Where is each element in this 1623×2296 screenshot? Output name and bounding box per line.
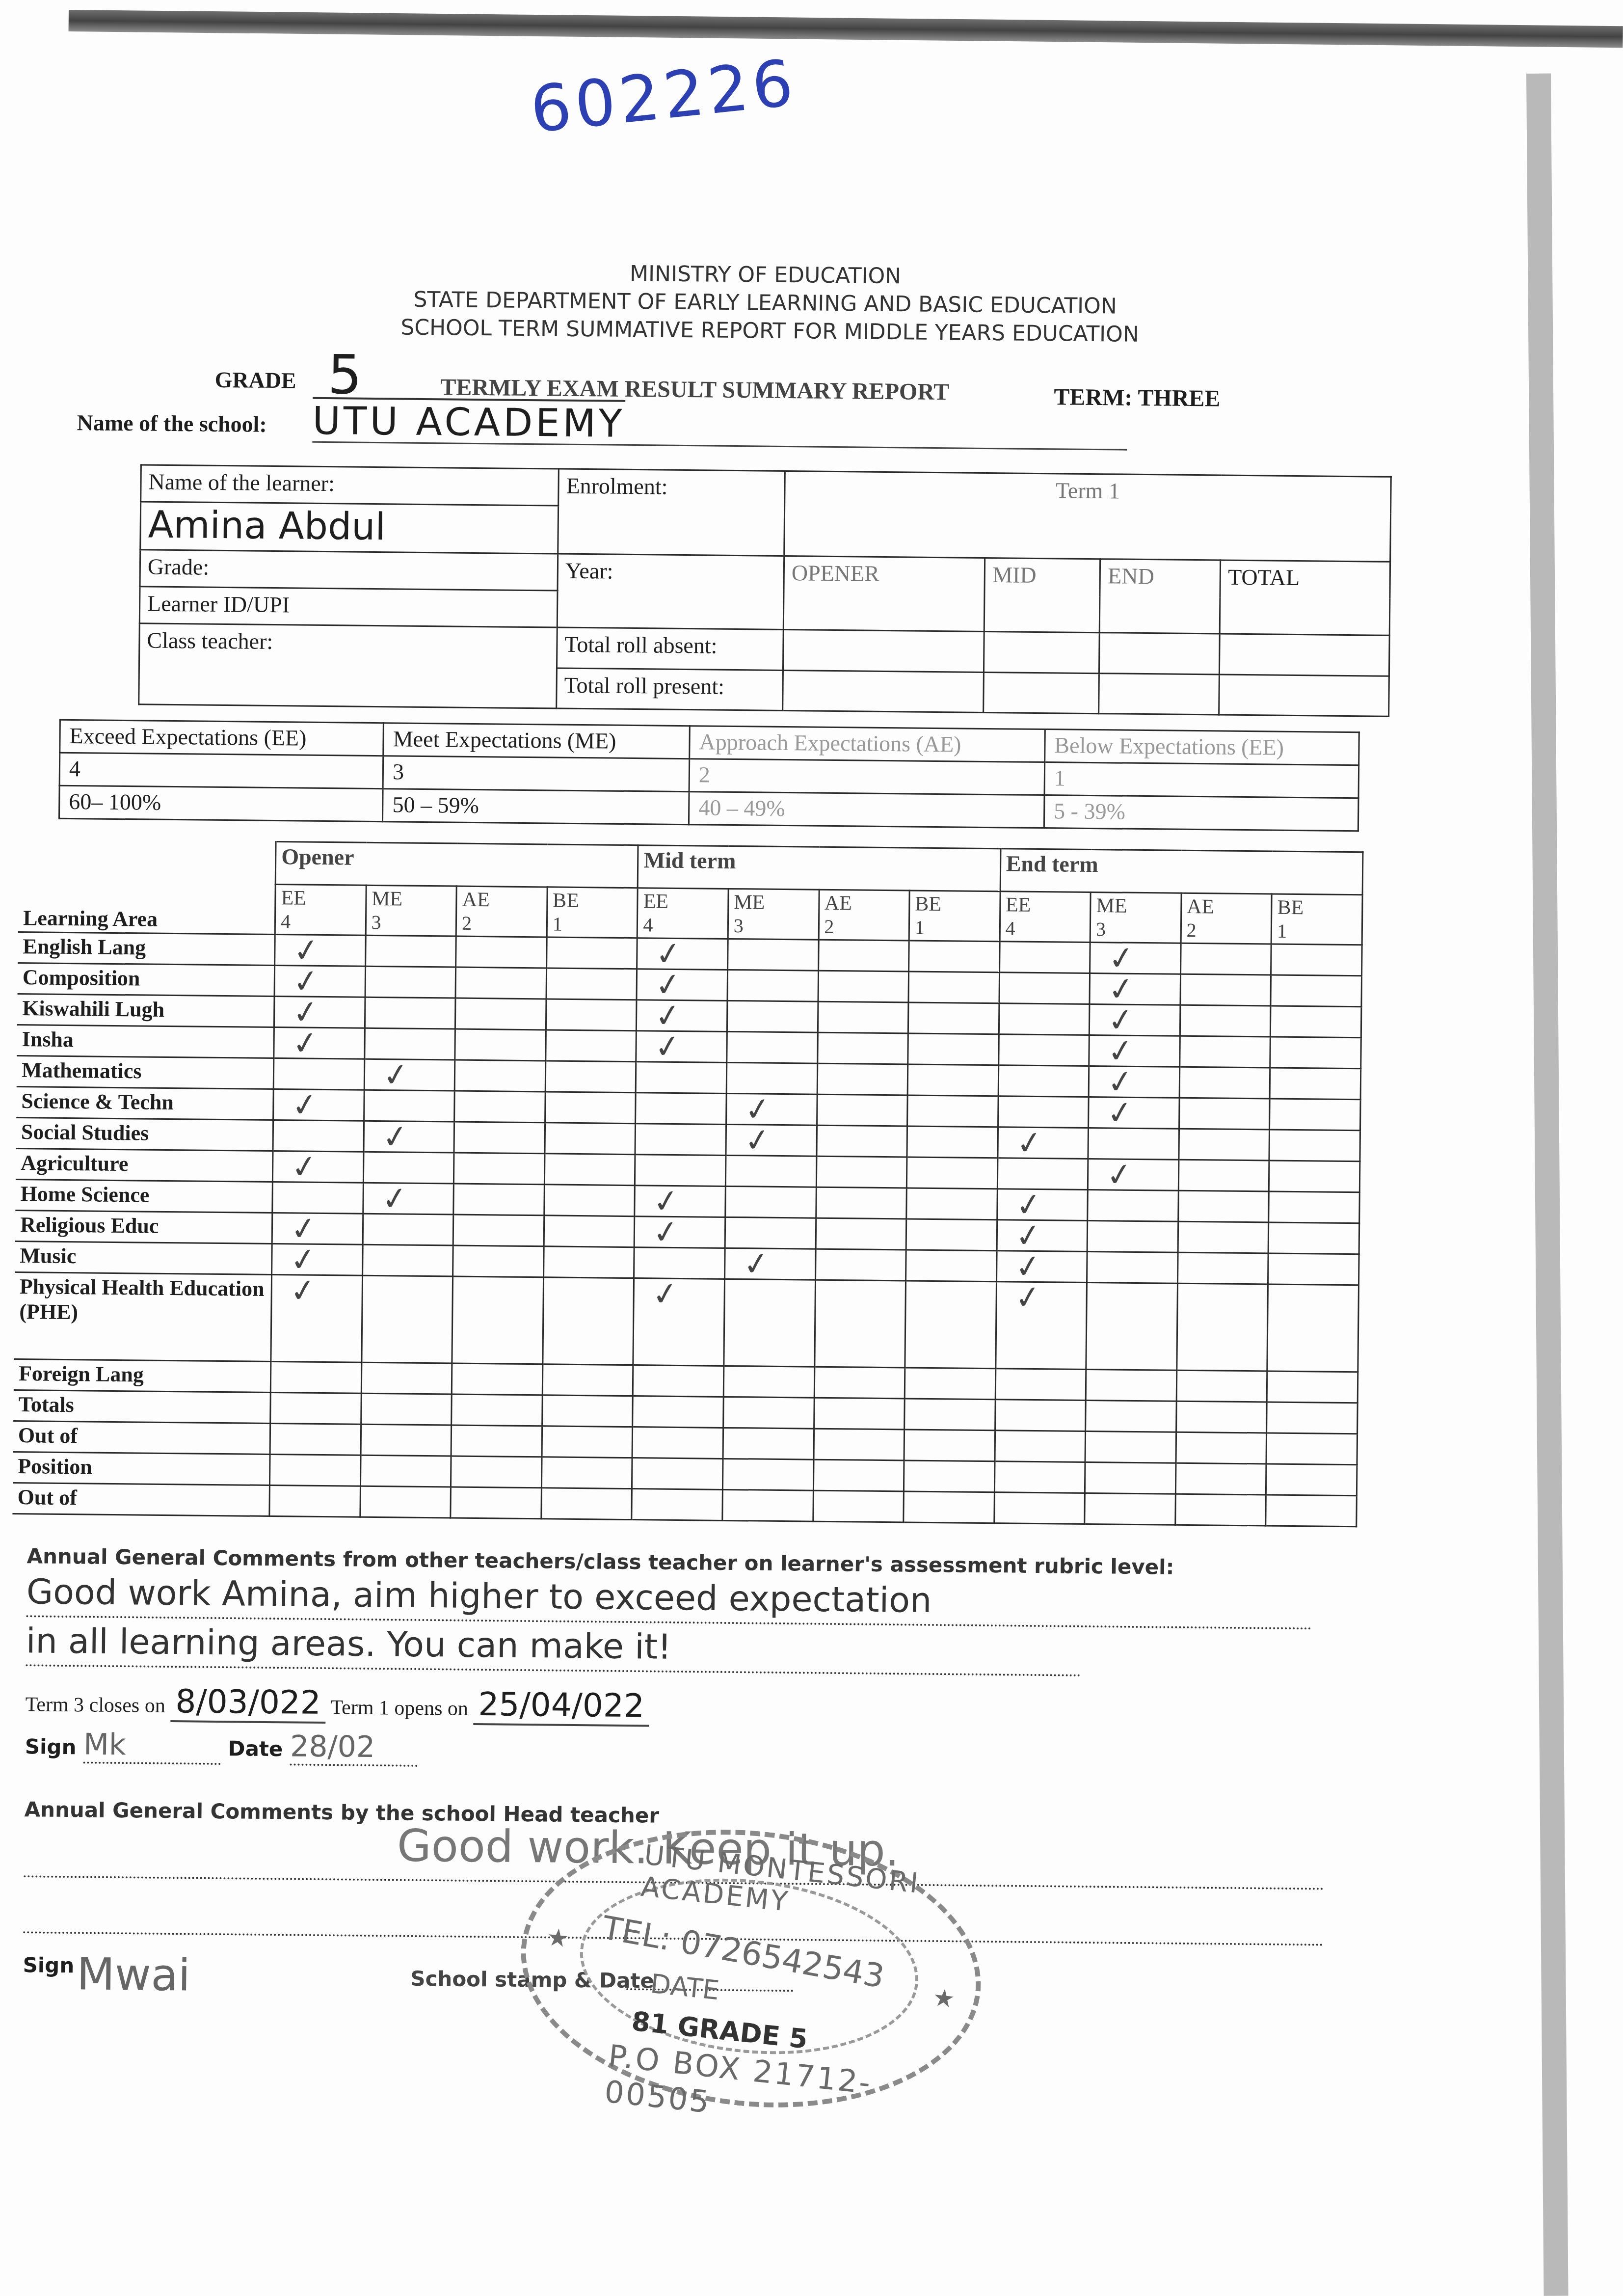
check-mark-icon: ✓	[290, 1085, 320, 1125]
grade-cell-opener-ee[interactable]	[273, 1120, 364, 1152]
term3-closes-label: Term 3 closes on	[25, 1693, 165, 1717]
teacher-date-value[interactable]: 28/02	[290, 1729, 375, 1764]
grade-cell-mid-be[interactable]	[904, 1460, 994, 1492]
grade-cell-opener-ee[interactable]: ✓	[274, 1027, 365, 1059]
grade-cell-mid-me[interactable]	[727, 1000, 818, 1032]
grade-cell-opener-be[interactable]	[546, 968, 637, 1000]
check-mark-icon: ✓	[1014, 1124, 1045, 1163]
grade-cell-end-ee[interactable]: ✓	[995, 1282, 1087, 1370]
grade-cell-opener-be[interactable]	[546, 999, 637, 1031]
grade-cell-opener-ee[interactable]	[270, 1455, 361, 1486]
check-mark-icon: ✓	[289, 1147, 320, 1187]
grade-cell-mid-me[interactable]	[725, 1155, 816, 1187]
grade-cell-opener-be[interactable]	[543, 1246, 634, 1278]
grade-cell-end-be[interactable]	[1267, 1284, 1358, 1372]
grade-cell-mid-ae[interactable]	[818, 940, 909, 972]
grade-cell-mid-me[interactable]: ✓	[726, 1093, 817, 1125]
grade-cell-opener-me[interactable]: ✓	[363, 1183, 453, 1215]
grade-cell-end-me[interactable]	[1085, 1462, 1176, 1494]
rubric-range: 40 – 49%	[689, 792, 1044, 828]
learning-area-name: Out of	[12, 1483, 269, 1516]
grade-cell-mid-ee[interactable]	[636, 1093, 726, 1125]
learning-area-header: Learning Area	[18, 839, 276, 935]
grade-cell-end-ae[interactable]	[1177, 1283, 1268, 1371]
grade-cell-end-be[interactable]	[1270, 1099, 1360, 1131]
grade-cell-mid-ae[interactable]	[816, 1125, 907, 1157]
grade-cell-end-ae[interactable]	[1176, 1432, 1267, 1464]
grade-cell-mid-ee[interactable]	[635, 1155, 726, 1187]
grade-cell-end-ee[interactable]	[994, 1461, 1085, 1493]
grade-cell-end-ee[interactable]	[995, 1431, 1086, 1462]
grade-cell-mid-be[interactable]	[905, 1368, 995, 1400]
grade-cell-mid-me[interactable]	[724, 1279, 815, 1367]
rubric-range: 50 – 59%	[383, 789, 689, 825]
rubric-title: Approach Expectations (AE)	[690, 726, 1045, 762]
term-dates: Term 3 closes on 8/03/022 Term 1 opens o…	[25, 1681, 1380, 1731]
grade-cell-opener-ae[interactable]	[451, 1487, 541, 1519]
grade-cell-end-ee[interactable]	[997, 1158, 1088, 1190]
learning-area-name: Out of	[13, 1421, 270, 1454]
grade-cell-end-ae[interactable]	[1175, 1463, 1266, 1495]
grade-cell-end-ae[interactable]	[1176, 1370, 1267, 1402]
check-mark-icon: ✓	[290, 1024, 321, 1063]
grade-cell-end-ee[interactable]: ✓	[997, 1189, 1088, 1221]
grade-cell-end-me[interactable]	[1085, 1431, 1176, 1463]
year-label: Year:	[557, 554, 784, 629]
grade-cell-end-ae[interactable]	[1180, 943, 1271, 975]
grade-cell-mid-ae[interactable]	[817, 1094, 907, 1126]
grade-cell-opener-ee[interactable]: ✓	[275, 935, 366, 967]
check-mark-icon: ✓	[380, 1055, 411, 1095]
grade-cell-mid-ae[interactable]	[818, 1001, 908, 1033]
grade-cell-mid-ae[interactable]	[813, 1490, 904, 1522]
grade-cell-end-be[interactable]	[1267, 1371, 1358, 1403]
present-opener[interactable]	[783, 670, 984, 712]
grade-cell-opener-ae[interactable]	[455, 1029, 546, 1061]
enrolment-label: Enrolment:	[558, 469, 785, 556]
grade-cell-mid-ee[interactable]	[632, 1458, 723, 1490]
grade-cell-end-ae[interactable]	[1175, 1494, 1266, 1526]
grade-cell-end-me[interactable]	[1088, 1128, 1179, 1160]
grade-cell-mid-ae[interactable]	[816, 1156, 907, 1188]
grade-cell-mid-ee[interactable]	[632, 1427, 723, 1459]
grade-cell-opener-ae[interactable]	[455, 998, 546, 1030]
grade-cell-end-be[interactable]	[1269, 1130, 1360, 1162]
grade-cell-opener-me[interactable]	[364, 1090, 454, 1122]
grade-cell-mid-ee[interactable]	[636, 1062, 727, 1094]
grade-cell-end-ee[interactable]	[999, 972, 1090, 1004]
grade-cell-mid-be[interactable]	[905, 1399, 995, 1431]
grade-cell-opener-ae[interactable]	[454, 1091, 545, 1123]
grade-cell-end-me[interactable]: ✓	[1088, 1159, 1179, 1190]
teacher-sign-line: Sign Mk Date 28/02	[25, 1727, 1380, 1776]
grade-cell-end-me[interactable]: ✓	[1089, 1097, 1179, 1129]
grade-cell-mid-be[interactable]	[909, 941, 1000, 972]
grade-cell-opener-me[interactable]: ✓	[364, 1121, 454, 1153]
grade-cell-opener-be[interactable]	[542, 1364, 633, 1396]
level-header-opener-me: ME3	[366, 885, 457, 936]
grade-cell-end-ee[interactable]	[999, 1003, 1090, 1035]
level-header-opener-ae: AE2	[456, 886, 547, 937]
col-end: END	[1100, 559, 1221, 634]
grade-cell-mid-be[interactable]	[906, 1250, 997, 1282]
teacher-signature[interactable]: Mk	[83, 1727, 126, 1762]
grade-cell-opener-ee[interactable]: ✓	[272, 1213, 363, 1245]
rubric-range: 60– 100%	[59, 785, 383, 821]
grade-cell-mid-be[interactable]	[905, 1281, 996, 1369]
check-mark-icon: ✓	[288, 1271, 319, 1310]
table-row: Physical Health Education (PHE)✓✓✓	[14, 1272, 1358, 1372]
grade-cell-end-be[interactable]	[1269, 1191, 1359, 1223]
check-mark-icon: ✓	[652, 1027, 683, 1067]
grade-cell-end-be[interactable]	[1266, 1495, 1357, 1527]
school-label: Name of the school:	[77, 409, 267, 437]
grade-cell-mid-ee[interactable]: ✓	[637, 969, 727, 1001]
grade-cell-mid-me[interactable]	[722, 1459, 813, 1490]
grade-cell-opener-me[interactable]	[361, 1393, 452, 1425]
grade-cell-mid-me[interactable]	[723, 1397, 814, 1429]
term-mid-header: Mid term	[638, 845, 1001, 891]
grade-cell-mid-me[interactable]: ✓	[726, 1124, 817, 1156]
grade-cell-opener-be[interactable]	[546, 1030, 637, 1062]
grade-cell-end-be[interactable]	[1268, 1222, 1359, 1254]
learner-name-label: Name of the learner:	[141, 465, 559, 506]
level-header-end-be: BE1	[1271, 894, 1362, 945]
grade-cell-end-ae[interactable]	[1177, 1252, 1268, 1284]
learning-area-name: Insha	[17, 1025, 274, 1058]
grade-cell-opener-ee[interactable]	[270, 1393, 361, 1425]
grade-cell-mid-me[interactable]	[727, 1031, 818, 1063]
school-underline	[312, 441, 1127, 451]
absent-end[interactable]	[1099, 633, 1220, 675]
grade-cell-opener-ee[interactable]: ✓	[274, 997, 365, 1028]
grade-cell-mid-ae[interactable]	[813, 1459, 904, 1491]
grade-cell-end-be[interactable]	[1266, 1464, 1357, 1496]
grade-cell-mid-be[interactable]	[908, 1002, 999, 1034]
grade-cell-end-ee[interactable]: ✓	[996, 1251, 1087, 1283]
grade-cell-opener-me[interactable]	[362, 1275, 453, 1363]
grade-cell-opener-ae[interactable]	[453, 1245, 544, 1277]
grade-cell-mid-ee[interactable]	[632, 1489, 722, 1521]
learning-area-name: Science & Techn	[16, 1087, 273, 1120]
grade-cell-mid-me[interactable]	[723, 1428, 814, 1459]
grade-cell-opener-ee[interactable]: ✓	[273, 1089, 364, 1121]
grade-cell-opener-ae[interactable]	[452, 1276, 543, 1364]
grade-cell-opener-ae[interactable]	[451, 1425, 542, 1457]
grade-cell-end-be[interactable]	[1270, 1068, 1360, 1100]
learning-area-name: Foreign Lang	[14, 1359, 271, 1392]
teacher-sign-label: Sign	[25, 1734, 77, 1759]
grade-cell-end-ae[interactable]	[1179, 1067, 1270, 1099]
document-header: MINISTRY OF EDUCATION STATE DEPARTMENT O…	[19, 255, 1393, 350]
col-total: TOTAL	[1220, 560, 1390, 635]
grade-cell-opener-me[interactable]	[360, 1455, 451, 1487]
grade-cell-opener-be[interactable]	[545, 1061, 636, 1093]
term-end-header: End term	[1000, 849, 1363, 895]
teacher-comment-line-2[interactable]: in all learning areas. You can make it!	[26, 1617, 1081, 1676]
term1-opens-label: Term 1 opens on	[330, 1696, 468, 1720]
learning-area-name: Totals	[13, 1390, 270, 1423]
grade-cell-mid-be[interactable]	[908, 972, 999, 1003]
grade-cell-end-be[interactable]	[1271, 1006, 1361, 1038]
learning-area-name: English Lang	[18, 932, 275, 966]
grade-cell-mid-be[interactable]	[904, 1430, 995, 1461]
grade-cell-mid-be[interactable]	[907, 1064, 998, 1096]
grade-cell-opener-me[interactable]	[365, 935, 456, 967]
grade-cell-mid-ae[interactable]	[818, 971, 908, 1002]
grade-cell-end-be[interactable]	[1270, 1037, 1361, 1069]
grade-cell-end-ae[interactable]	[1178, 1221, 1269, 1253]
grade-cell-mid-me[interactable]	[725, 1217, 816, 1249]
grade-cell-end-ee[interactable]: ✓	[998, 1127, 1089, 1159]
grade-cell-end-be[interactable]	[1271, 975, 1361, 1007]
grade-cell-opener-me[interactable]	[363, 1152, 454, 1184]
grade-cell-end-ae[interactable]	[1178, 1190, 1269, 1222]
grade-cell-end-me[interactable]: ✓	[1090, 943, 1181, 974]
grade-cell-mid-ee[interactable]: ✓	[635, 1186, 725, 1217]
grade-cell-end-ee[interactable]: ✓	[997, 1220, 1088, 1252]
col-mid: MID	[984, 558, 1100, 632]
grade-cell-opener-be[interactable]	[543, 1277, 634, 1365]
star-icon: ★	[931, 1983, 957, 2013]
grade-cell-mid-ae[interactable]	[814, 1429, 905, 1460]
grade-cell-end-me[interactable]	[1086, 1369, 1176, 1401]
grade-cell-opener-ae[interactable]	[454, 1060, 545, 1092]
grade-cell-end-ee[interactable]	[998, 1096, 1089, 1128]
learning-area-name: Home Science	[15, 1180, 272, 1213]
grade-cell-end-me[interactable]	[1087, 1251, 1178, 1283]
grade-cell-mid-ee[interactable]: ✓	[636, 1031, 727, 1063]
grade-cell-mid-be[interactable]	[906, 1219, 997, 1251]
grade-cell-end-ae[interactable]	[1178, 1160, 1269, 1191]
learning-area-name: Music	[15, 1242, 272, 1275]
grade-cell-end-me[interactable]	[1085, 1493, 1175, 1525]
grade-cell-end-ee[interactable]	[998, 1034, 1089, 1066]
grade-cell-opener-ee[interactable]: ✓	[271, 1275, 362, 1363]
level-header-end-ae: AE2	[1181, 893, 1272, 944]
rubric-range: 5 - 39%	[1044, 795, 1358, 831]
grade-cell-mid-me[interactable]	[722, 1489, 813, 1521]
grade-cell-mid-me[interactable]	[728, 939, 819, 971]
grade-cell-opener-be[interactable]	[541, 1488, 632, 1520]
grade-cell-mid-ee[interactable]	[633, 1396, 723, 1428]
check-mark-icon: ✓	[1012, 1278, 1043, 1318]
learning-area-name: Position	[13, 1452, 270, 1485]
absent-total[interactable]	[1220, 634, 1389, 676]
learner-info-table: Name of the learner: Enrolment: Term 1 A…	[138, 464, 1392, 717]
term3-closes-value[interactable]: 8/03/022	[170, 1682, 326, 1724]
grade-cell-opener-ee[interactable]	[269, 1486, 360, 1517]
grade-cell-mid-ee[interactable]: ✓	[637, 1000, 727, 1032]
check-mark-icon: ✓	[742, 1121, 773, 1160]
grade-cell-opener-me[interactable]	[363, 1214, 453, 1245]
check-mark-icon: ✓	[379, 1179, 410, 1218]
scan-shadow-right	[1526, 74, 1569, 2296]
grade-cell-opener-ae[interactable]	[456, 936, 547, 968]
present-total[interactable]	[1219, 675, 1389, 717]
term1-opens-value[interactable]: 25/04/022	[473, 1685, 649, 1727]
learner-name-value: Amina Abdul	[140, 502, 559, 554]
grade-cell-end-ee[interactable]	[995, 1369, 1086, 1401]
grade-cell-mid-ee[interactable]: ✓	[635, 1216, 725, 1248]
learning-area-name: Composition	[18, 963, 275, 997]
grade-cell-end-ae[interactable]	[1180, 1005, 1271, 1037]
level-header-mid-ae: AE2	[819, 890, 910, 941]
learner-id-label: Learner ID/UPI	[139, 587, 558, 627]
grade-cell-end-me[interactable]: ✓	[1089, 1066, 1179, 1098]
head-sign-label: Sign	[23, 1953, 74, 1977]
grade-cell-opener-ae[interactable]	[453, 1215, 544, 1246]
grade-cell-mid-be[interactable]	[907, 1126, 998, 1158]
grade-cell-opener-ae[interactable]	[452, 1363, 543, 1395]
grade-cell-opener-me[interactable]	[361, 1424, 452, 1456]
grade-cell-opener-me[interactable]	[365, 1028, 455, 1060]
grade-cell-mid-me[interactable]	[723, 1366, 814, 1398]
grade-cell-opener-be[interactable]	[545, 1123, 636, 1155]
teacher-date-label: Date	[228, 1736, 283, 1761]
rubric-score: 4	[59, 753, 383, 788]
grade-cell-end-me[interactable]	[1086, 1400, 1176, 1432]
grade-cell-mid-ae[interactable]	[816, 1218, 906, 1250]
grade-cell-end-ae[interactable]	[1180, 974, 1271, 1006]
grade-cell-mid-ae[interactable]	[814, 1398, 905, 1430]
grade-cell-end-ae[interactable]	[1176, 1401, 1267, 1433]
handwritten-reference-number: 602226	[527, 45, 800, 147]
rubric-title: Below Expectations (EE)	[1045, 729, 1359, 765]
assessment-grid: Learning Area Opener Mid term End term E…	[12, 838, 1363, 1527]
level-header-mid-be: BE1	[909, 891, 1000, 942]
grade-cell-opener-ee[interactable]: ✓	[272, 1244, 363, 1276]
grade-cell-end-me[interactable]	[1086, 1282, 1177, 1370]
grade-cell-mid-ee[interactable]	[633, 1365, 724, 1397]
learning-area-name: Social Studies	[16, 1118, 273, 1151]
grade-cell-mid-ae[interactable]	[814, 1280, 905, 1368]
level-header-mid-me: ME3	[728, 889, 819, 940]
check-mark-icon: ✓	[380, 1117, 411, 1157]
grade-cell-end-ee[interactable]	[995, 1400, 1086, 1432]
grade-cell-opener-be[interactable]	[546, 937, 637, 969]
grade-cell-opener-ee[interactable]	[272, 1182, 363, 1214]
grade-cell-end-me[interactable]: ✓	[1090, 973, 1180, 1005]
level-header-end-ee: EE4	[1000, 891, 1091, 943]
grade-cell-end-me[interactable]	[1088, 1189, 1178, 1221]
absent-label: Total roll absent:	[557, 627, 783, 670]
grade-cell-end-ae[interactable]	[1179, 1036, 1270, 1068]
learning-area-name: Religious Educ	[15, 1211, 272, 1244]
grade-cell-opener-ae[interactable]	[453, 1184, 544, 1216]
grade-cell-opener-ee[interactable]	[273, 1058, 364, 1090]
grade-cell-opener-ae[interactable]	[451, 1456, 542, 1488]
grade-cell-opener-be[interactable]	[542, 1426, 633, 1458]
grade-cell-opener-be[interactable]	[544, 1154, 635, 1186]
grade-cell-opener-ae[interactable]	[454, 1153, 545, 1185]
grade-cell-mid-be[interactable]	[907, 1095, 998, 1127]
grade-cell-end-be[interactable]	[1271, 944, 1362, 976]
grade-cell-opener-me[interactable]	[361, 1362, 452, 1394]
level-header-end-me: ME3	[1090, 892, 1181, 944]
grade-cell-opener-ee[interactable]	[270, 1362, 361, 1394]
absent-mid[interactable]	[984, 631, 1100, 673]
grade-cell-end-ee[interactable]	[994, 1492, 1085, 1524]
term-heading: Term 1	[784, 471, 1391, 562]
grade-cell-end-me[interactable]	[1087, 1220, 1178, 1252]
grade-cell-end-be[interactable]	[1266, 1433, 1357, 1465]
grade-cell-opener-ae[interactable]	[452, 1394, 542, 1426]
check-mark-icon: ✓	[651, 1213, 682, 1252]
absent-opener[interactable]	[783, 629, 984, 672]
grade-cell-opener-be[interactable]	[544, 1216, 635, 1247]
grade-cell-mid-ae[interactable]	[817, 1032, 908, 1064]
rubric-table: Exceed Expectations (EE)Meet Expectation…	[58, 719, 1360, 832]
grade-cell-mid-ee[interactable]	[635, 1124, 726, 1156]
grade-cell-mid-ee[interactable]	[634, 1247, 725, 1279]
check-mark-icon: ✓	[650, 1275, 681, 1314]
grade-cell-opener-me[interactable]	[365, 997, 455, 1029]
present-mid[interactable]	[984, 672, 1099, 714]
grade-cell-opener-be[interactable]	[542, 1395, 633, 1427]
rubric-score: 1	[1044, 762, 1359, 798]
grade-cell-end-be[interactable]	[1269, 1161, 1360, 1192]
grade-cell-mid-ae[interactable]	[815, 1249, 906, 1281]
grade-cell-opener-be[interactable]	[544, 1185, 635, 1216]
grade-cell-end-ae[interactable]	[1179, 1129, 1270, 1161]
grade-cell-end-ee[interactable]	[998, 1065, 1089, 1097]
grade-cell-opener-ee[interactable]: ✓	[273, 1151, 364, 1183]
grade-label: GRADE	[214, 367, 296, 394]
term-opener-header: Opener	[275, 842, 638, 888]
grade-cell-mid-ee[interactable]: ✓	[633, 1278, 724, 1366]
grade-cell-end-ae[interactable]	[1179, 1098, 1270, 1130]
grade-cell-mid-be[interactable]	[904, 1491, 994, 1523]
grade-cell-opener-be[interactable]	[541, 1457, 632, 1489]
grade-cell-mid-be[interactable]	[908, 1033, 999, 1065]
grade-cell-end-me[interactable]: ✓	[1089, 1035, 1180, 1067]
term-label: TERM: THREE	[1054, 383, 1221, 412]
grade-cell-end-ee[interactable]	[999, 942, 1090, 973]
grade-cell-opener-me[interactable]	[365, 966, 456, 998]
grade-cell-opener-be[interactable]	[545, 1092, 636, 1124]
grade-cell-end-me[interactable]: ✓	[1090, 1004, 1180, 1036]
grade-cell-opener-ae[interactable]	[454, 1122, 545, 1154]
learning-area-name: Mathematics	[17, 1056, 274, 1089]
school-value: UTU ACADEMY	[312, 397, 625, 446]
grade-cell-opener-me[interactable]: ✓	[364, 1059, 455, 1091]
grade-cell-mid-ee[interactable]: ✓	[637, 938, 728, 970]
grade-cell-mid-me[interactable]: ✓	[724, 1248, 815, 1280]
grade-cell-end-be[interactable]	[1268, 1253, 1359, 1285]
grade-cell-mid-me[interactable]	[727, 970, 818, 1001]
head-signature[interactable]: Mwai	[77, 1948, 190, 2001]
grade-cell-opener-ee[interactable]	[270, 1424, 361, 1456]
grade-cell-mid-ae[interactable]	[814, 1367, 905, 1399]
grade-cell-mid-be[interactable]	[906, 1157, 997, 1189]
grade-cell-mid-me[interactable]	[726, 1062, 817, 1094]
level-header-opener-be: BE1	[547, 887, 638, 938]
check-mark-icon: ✓	[1105, 1093, 1136, 1133]
star-icon: ★	[545, 1922, 570, 1953]
grade-cell-mid-ae[interactable]	[817, 1063, 908, 1095]
grade-cell-opener-me[interactable]	[360, 1486, 451, 1518]
present-end[interactable]	[1099, 673, 1220, 715]
grade-cell-opener-ae[interactable]	[455, 967, 546, 999]
grade-cell-mid-me[interactable]	[725, 1186, 816, 1218]
grade-cell-opener-ee[interactable]: ✓	[274, 966, 365, 998]
grade-cell-opener-me[interactable]	[362, 1244, 453, 1276]
learning-area-name: Agriculture	[16, 1149, 273, 1182]
grade-cell-end-be[interactable]	[1267, 1402, 1357, 1434]
grade-cell-mid-ae[interactable]	[816, 1187, 906, 1219]
grade-cell-mid-be[interactable]	[906, 1188, 997, 1220]
